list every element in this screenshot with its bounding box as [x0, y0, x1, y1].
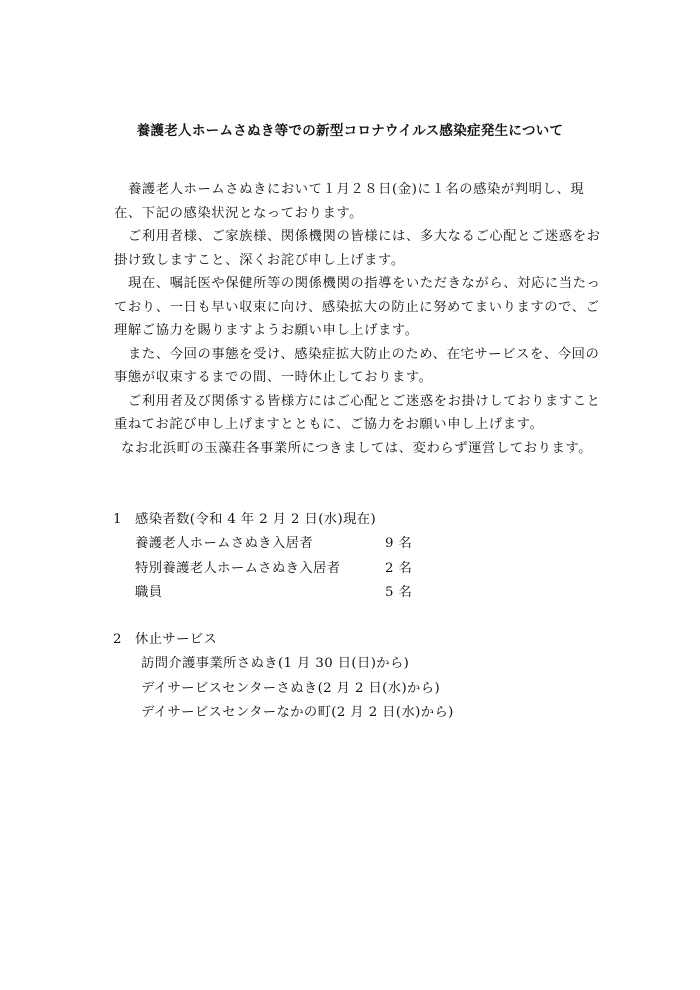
service-item: デイサービスセンターさぬき(2 月 2 日(水)から) — [113, 677, 454, 702]
section-number: 1 — [113, 508, 135, 532]
service-item: 訪問介護事業所さぬき(1 月 30 日(日)から) — [113, 652, 454, 677]
service-item: デイサービスセンターなかの町(2 月 2 日(水)から) — [113, 701, 454, 726]
count-value: 9 名 — [385, 532, 412, 557]
count-row: 特別養護老人ホームさぬき入居者 2 名 — [113, 557, 412, 582]
count-value: 2 名 — [385, 557, 412, 582]
count-label: 職員 — [135, 581, 385, 606]
body-text: 養護老人ホームさぬきにおいて１月２８日(金)に１名の感染が判明し、現在、下記の感… — [114, 178, 604, 460]
section-heading: 2休止サービス — [113, 628, 454, 652]
paragraph: ご利用者様、ご家族様、関係機関の皆様には、多大なるご心配とご迷惑をお掛け致します… — [114, 225, 604, 272]
document-title: 養護老人ホームさぬき等での新型コロナウイルス感染症発生について — [0, 119, 700, 139]
paragraph: 養護老人ホームさぬきにおいて１月２８日(金)に１名の感染が判明し、現在、下記の感… — [114, 178, 604, 225]
section-number: 2 — [113, 628, 135, 652]
paragraph: また、今回の事態を受け、感染症拡大防止のため、在宅サービスを、今回の事態が収束す… — [114, 343, 604, 390]
paragraph: ご利用者及び関係する皆様方にはご心配とご迷惑をお掛けしておりますこと重ねてお詫び… — [114, 390, 604, 437]
paragraph: なお北浜町の玉藻荘各事業所につきましては、変わらず運営しております。 — [114, 437, 604, 461]
infection-count-section: 1感染者数(令和 4 年 2 月 2 日(水)現在) 養護老人ホームさぬき入居者… — [113, 508, 412, 606]
paragraph: 現在、嘱託医や保健所等の関係機関の指導をいただきながら、対応に当たっており、一日… — [114, 272, 604, 343]
section-title: 感染者数(令和 4 年 2 月 2 日(水)現在) — [135, 512, 376, 527]
count-label: 特別養護老人ホームさぬき入居者 — [135, 557, 385, 582]
count-value: 5 名 — [385, 581, 412, 606]
count-row: 養護老人ホームさぬき入居者 9 名 — [113, 532, 412, 557]
suspended-services-section: 2休止サービス 訪問介護事業所さぬき(1 月 30 日(日)から) デイサービス… — [113, 628, 454, 726]
count-row: 職員 5 名 — [113, 581, 412, 606]
count-label: 養護老人ホームさぬき入居者 — [135, 532, 385, 557]
section-title: 休止サービス — [135, 632, 217, 647]
section-heading: 1感染者数(令和 4 年 2 月 2 日(水)現在) — [113, 508, 412, 532]
